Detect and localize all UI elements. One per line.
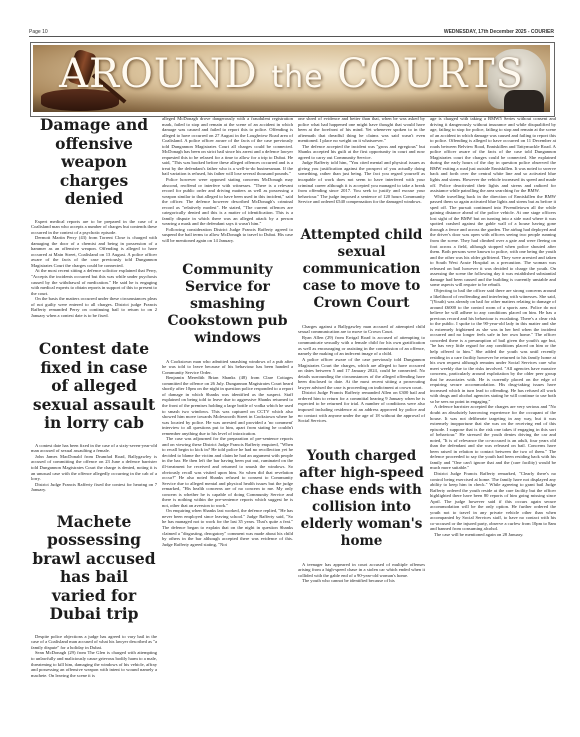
column-1: Damage and offensive weapon charges deni… xyxy=(31,116,157,678)
article-attempted-body: Charges against a Ballygawley man accuse… xyxy=(298,324,425,424)
section-banner: AROUND the COURTS xyxy=(33,45,550,112)
article-machete-body: Despite police objections a judge has ag… xyxy=(31,634,157,678)
dateline: WEDNESDAY, 17th December 2025 - COURIER xyxy=(444,29,554,35)
column-4: age is charged with taking a BMW5 Series… xyxy=(430,116,556,538)
article-youth-continued: age is charged with taking a BMW5 Series… xyxy=(430,116,556,538)
headline-damage: Damage and offensive weapon charges deni… xyxy=(31,116,157,209)
header-rule xyxy=(29,36,554,37)
headline-youth: Youth charged after high-speed chase end… xyxy=(298,448,425,550)
column-2: alleged McDonagh drove dangerously with … xyxy=(162,116,293,547)
headline-attempted: Attempted child sexual communication cas… xyxy=(298,227,425,312)
column-3: one shred of evidence and better than th… xyxy=(298,116,425,584)
page-number: Page 10 xyxy=(29,29,48,35)
article-community-body: A Cookstown man who admitted smashing wi… xyxy=(162,359,293,548)
section-title: AROUND the COURTS xyxy=(33,51,550,97)
article-machete-continued: alleged McDonagh drove dangerously with … xyxy=(162,116,293,244)
article-community-continued: one shred of evidence and better than th… xyxy=(298,116,425,205)
headline-contest: Contest date fixed in case of alleged se… xyxy=(31,340,157,433)
article-damage-body: Expert medical reports are to be prepare… xyxy=(31,219,157,319)
article-contest-body: A contest date has been fixed in the cas… xyxy=(31,443,157,493)
headline-machete: Machete possessing brawl accused has bai… xyxy=(31,513,157,624)
headline-community: Community Service for smashing Cookstown… xyxy=(162,262,293,347)
article-youth-body: A teenager has appeared in court accused… xyxy=(298,562,425,584)
